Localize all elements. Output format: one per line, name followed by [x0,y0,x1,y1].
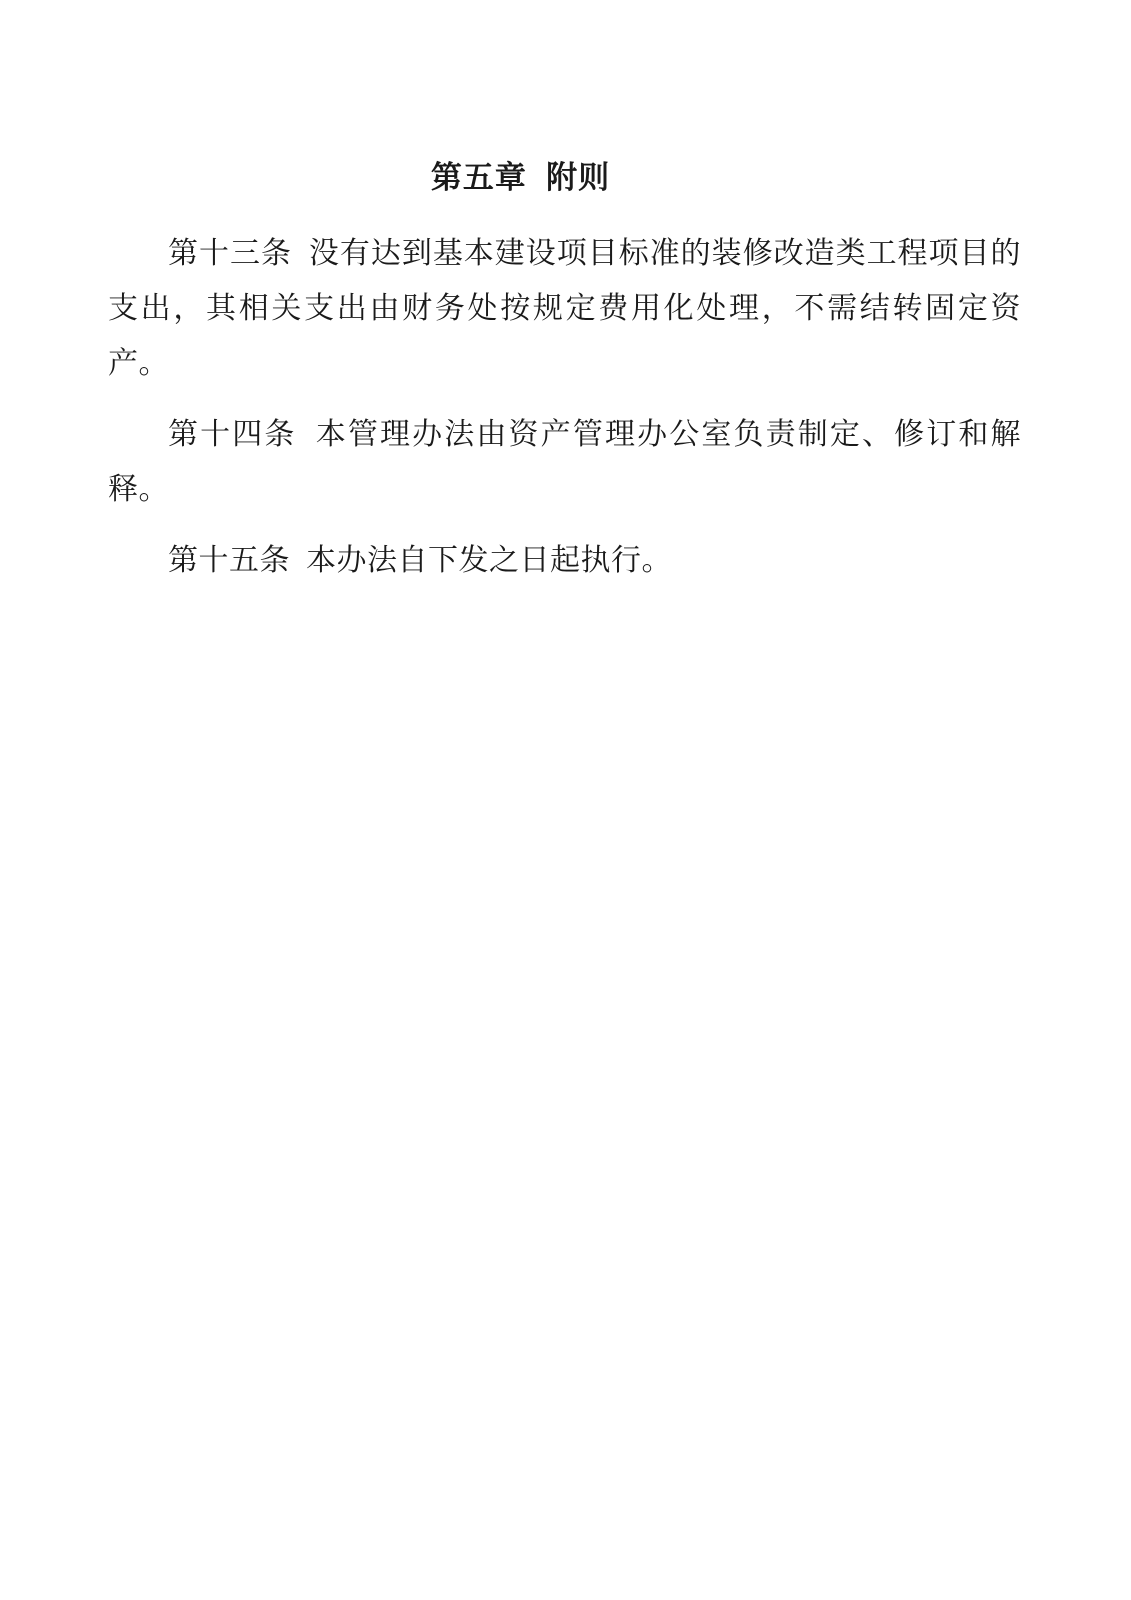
article-paragraph-14: 第十四条 本管理办法由资产管理办公室负责制定、修订和解释。 [108,407,1021,517]
article-paragraph-15: 第十五条 本办法自下发之日起执行。 [108,533,1021,588]
article-paragraph-13: 第十三条 没有达到基本建设项目标准的装修改造类工程项目的支出，其相关支出由财务处… [108,226,1021,391]
chapter-heading: 第五章 附则 [64,156,977,200]
document-page: 第五章 附则 第十三条 没有达到基本建设项目标准的装修改造类工程项目的支出，其相… [0,0,1131,1600]
